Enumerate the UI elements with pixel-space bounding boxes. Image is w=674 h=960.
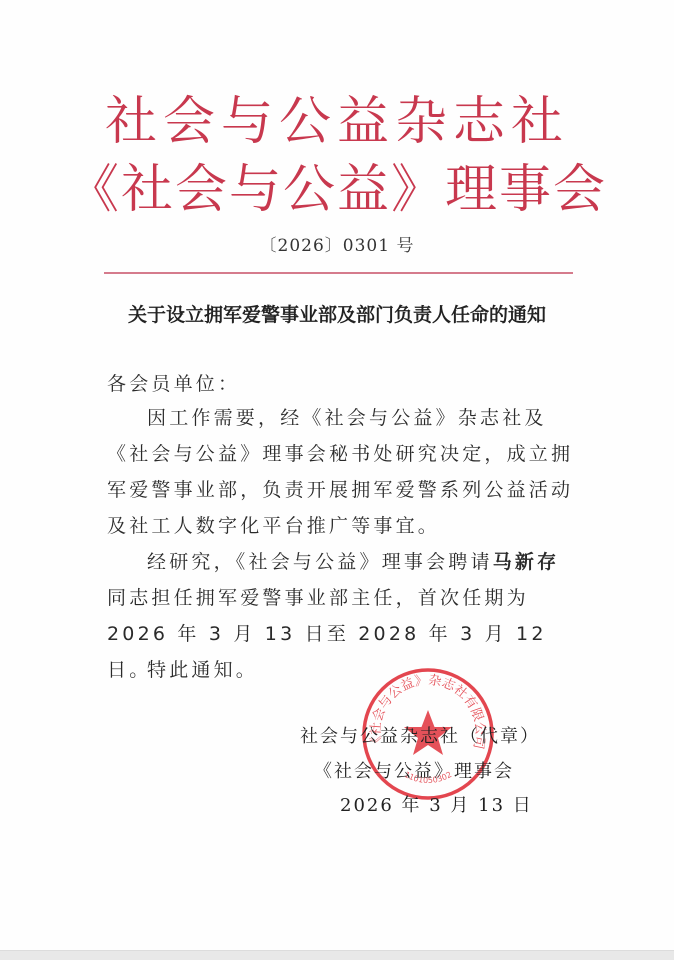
header-title-line2: 《社会与公益》理事会 — [0, 160, 674, 220]
bottom-edge — [0, 950, 674, 960]
appointee-name: 马新存 — [493, 551, 560, 573]
paragraph-1: 因工作需要，经《社会与公益》杂志社及《社会与公益》理事会秘书处研究决定，成立拥军… — [107, 400, 577, 544]
signature-council: 《社会与公益》理事会 — [314, 757, 514, 783]
document-subject: 关于设立拥军爱警事业部及部门负责人任命的通知 — [0, 300, 674, 327]
header-title-line1: 社会与公益杂志社 — [0, 92, 674, 152]
paragraph-2-before: 经研究，《社会与公益》理事会聘请 — [147, 551, 493, 573]
paragraph-3: 特此通知。 — [107, 652, 577, 688]
header-divider — [104, 272, 573, 274]
signature-date: 2026 年 3 月 13 日 — [340, 791, 533, 817]
salutation: 各会员单位： — [107, 366, 577, 402]
document-page: 社会与公益杂志社 《社会与公益》理事会 〔2026〕0301 号 关于设立拥军爱… — [0, 0, 674, 950]
document-number: 〔2026〕0301 号 — [0, 231, 674, 256]
signature-issuer: 社会与公益杂志社（代章） — [300, 722, 540, 748]
